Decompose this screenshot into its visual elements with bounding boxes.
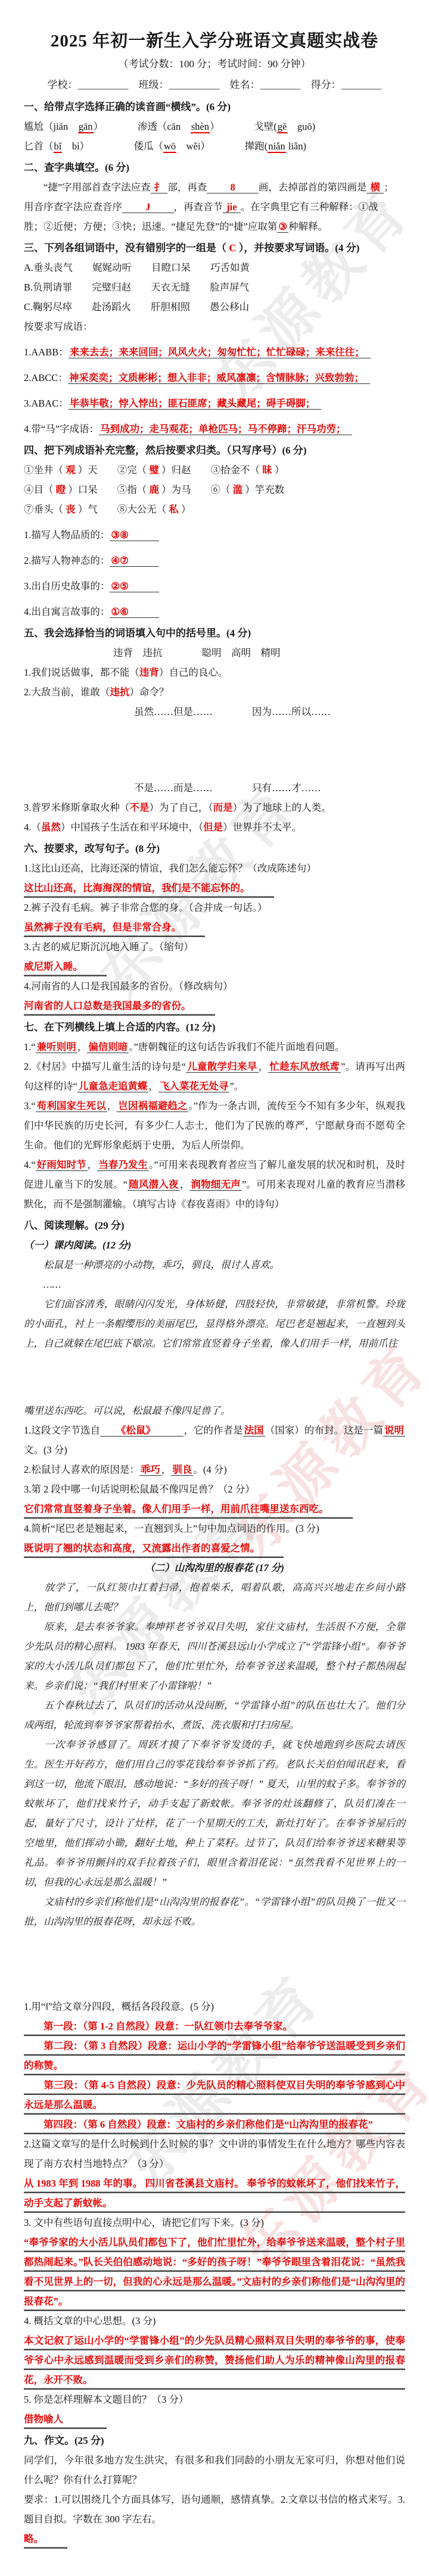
- reading-2-q2: 2.这篇文章写的是什么时候到什么时候的事？文中讲的事情发生在什么地方？哪些内容表…: [24, 2134, 405, 2174]
- rewrite-a4: 河南省的人口总数是我国最多的省份。: [24, 996, 215, 1016]
- passage-1-paragraph: 嘴里送东西吃。可以说，松鼠最不像四足兽了。: [24, 1401, 405, 1420]
- header: 2025 年初一新生入学分班语文真题实战卷 （考试分数：100 分；考试时间：9…: [24, 29, 405, 95]
- section-8-heading: 八、阅读理解。(29 分): [24, 1216, 405, 1235]
- reading-2-a1-seg3: 第三段：（第 4-5 自然段）段意：少先队员的精心照料使双目失明的奉爷爷感到心中…: [24, 2075, 405, 2115]
- conjunction-bank: 虽然……但是…… 因为……所以……: [24, 702, 405, 722]
- section-7-heading: 七、在下列横线上填上合适的内容。(12 分): [24, 1017, 405, 1037]
- reading-1-q3: 3.第 2 段中哪一句话说明松鼠最不像四足兽？（2 分）: [24, 1479, 405, 1499]
- reading-2-q4: 4. 概括文章的中心思想。(3 分): [24, 2311, 405, 2331]
- section-3-heading: 三、下列各组词语中，没有错别字的一组是（ C ），并按要求写词语。(4 分): [24, 238, 405, 258]
- passage-2-paragraph: 文庙村的乡亲们称他们是“山沟沟里的报春花”。“学雷锋小组”的队员换了一批又一批，…: [24, 1892, 405, 1931]
- option-c: C.鞠躬尽瘁 赴汤蹈火 肝胆相照 愚公移山: [24, 297, 405, 317]
- fill-blank-2: 2.《村居》中描写儿童生活的诗句是“儿童散学归来早，忙趁东风放纸鸢”。请再写出两…: [24, 1057, 405, 1096]
- rewrite-q4: 4.河南省的人口是我国最多的省份。（修改病句）: [24, 976, 405, 996]
- page-gap: [24, 1353, 405, 1401]
- rewrite-q2: 2.裤子没有毛病。裤子非常合您的身。（合并成一句话。）: [24, 898, 405, 917]
- composition-answer: 略。: [24, 2529, 67, 2549]
- reading-2-a5: 借物喻人: [24, 2409, 107, 2429]
- classify-history: 3.出自历史故事的：②⑤: [24, 576, 405, 596]
- reading-1-heading: （一）课内阅读。(12 分): [24, 1235, 405, 1255]
- option-a: A.垂头丧气 娓娓动听 目瞪口呆 巧舌如黄: [24, 258, 405, 277]
- passage-1-paragraph: 它们面容清秀，眼睛闪闪发光，身体矫健，四肢轻快，非常敏捷，非常机警。玲珑的小面孔…: [24, 1294, 405, 1353]
- dictionary-line: 用音序查字法应查音序 J ，再查音节 jie 。在字典里它有三种解释：①战: [24, 197, 405, 217]
- passage-2-paragraph: 一次奉爷爷感冒了。周跃才摸了下奉爷爷发烫的手，就飞快地跑到乡医院去请医生。医生开…: [24, 1735, 405, 1892]
- reading-1-a4: 既说明了翘的状态和高度，又流露出作者的喜爱之情。: [24, 1538, 284, 1558]
- reading-1-q2: 2.松鼠讨人喜欢的原因是：乖巧，驯良。(4 分): [24, 1460, 405, 1479]
- section-2-heading: 二、查字典填空。(6 分): [24, 158, 405, 177]
- fill-sentence-3: 3.普罗米修斯拿取火种（不是）为了自己，（而是）为了地球上的人类。: [24, 798, 405, 817]
- section-9-heading: 九、作文。(25 分): [24, 2431, 405, 2450]
- idiom-ma: 4.带“马”字成语：马到成功；走马观花；单枪匹马；马不停蹄；汗马功劳；: [24, 419, 405, 439]
- reading-2-a4: 本文记叙了运山小学的“学雷锋小组”的少先队员精心照料双目失明的奉爷爷的事，使奉爷…: [24, 2331, 405, 2390]
- passage-2-paragraph: 五个春秋过去了，队员们的活动从没间断，“学雷锋小组”的队伍也壮大了。他们分成两组…: [24, 1696, 405, 1735]
- fill-sentence-1: 1.我们说话做事，都不能（违背）自己的良心。: [24, 663, 405, 682]
- idiom-aabb: 1.AABB：来来去去；来来回回；风风火火；匆匆忙忙；忙忙碌碌；来来往往；: [24, 342, 405, 362]
- page-title: 2025 年初一新生入学分班语文真题实战卷: [24, 29, 405, 54]
- classify-expression: 2.描写人物神态的：④⑦: [24, 551, 405, 570]
- fill-sentence-2: 2.大敌当前，谁敢（违抗）命令？: [24, 682, 405, 702]
- section-4-complete-idioms: 四、把下列成语补充完整，然后按要求归类。（只写序号）(6 分) ①坐井（ 观 ）…: [24, 441, 405, 622]
- section-2-dictionary: 二、查字典填空。(6 分) “捷”字用部首查字法应查 扌 部，再查 8 画，去掉…: [24, 158, 405, 236]
- option-b: B.负荆请罪 完璧归赵 天衣无缝 脸声屏气: [24, 277, 405, 297]
- section-3-word-groups: 三、下列各组词语中，没有错别字的一组是（ C ），并按要求写词语。(4 分) A…: [24, 238, 405, 439]
- rewrite-q1: 1.这比山还高，比海还深的情谊，我们怎么能忘怀？（改成陈述句）: [24, 858, 405, 878]
- section-7-fill-blanks: 七、在下列横线上填上合适的内容。(12 分) 1.“兼听则明，偏信则暗。”唐朝魏…: [24, 1017, 405, 1214]
- section-1-heading: 一、给带点字选择正确的读音画“横线”。(6 分): [24, 97, 405, 117]
- word-bank: 违背 违抗 聪明 高明 精明: [24, 643, 405, 663]
- passage-1-paragraph: 松鼠是一种漂亮的小动物，乖巧，驯良，很讨人喜欢。: [24, 1255, 405, 1275]
- idiom-row: ④目（ 瞪 ）口呆 ⑤指（ 鹿 ）为马 ⑥（ 滥 ）竽充数: [24, 480, 405, 499]
- dictionary-line: 胜；②近便；方便；③快；迅速。“捷足先登”的“捷”应取第③种解释。: [24, 217, 405, 236]
- reading-2-a1-seg1: 第一段：（第 1-2 自然段）段意：一队红领巾去奉爷爷家。: [24, 2016, 405, 2036]
- pinyin-row: 匕首（bǐ bì） 倭瓜（wō wěi） 撵跑(niǎn liǎn): [24, 136, 405, 156]
- idiom-prompt: 按要求写成语：: [24, 317, 405, 336]
- section-8-reading: 八、阅读理解。(29 分) （一）课内阅读。(12 分) 松鼠是一种漂亮的小动物…: [24, 1216, 405, 2429]
- exam-sheet: 东源教育 东源教育 东源教育 东源教育 东源教育 东源教育 2025 年初一新生…: [0, 0, 429, 2576]
- classify-quality: 1.描写人物品质的：③⑧: [24, 525, 405, 545]
- fill-blank-4: 4.“好雨知时节，当春乃发生。”可用来表现教育者应当了解儿童发展的状况和时机，及…: [24, 1155, 405, 1214]
- section-1-pinyin: 一、给带点字选择正确的读音画“横线”。(6 分) 尴尬（jiān gān） 渗透…: [24, 97, 405, 156]
- rewrite-a1: 这比山还高，比海海深的情谊，我们是不能忘怀的。: [24, 878, 274, 898]
- student-info-blanks: 学校：＿＿＿＿＿ 班级：＿＿＿＿＿ 姓名：＿＿＿＿ 得分：＿＿＿＿: [24, 75, 405, 95]
- idiom-row: ①坐井（ 观 ）天 ②完（ 璧 ）归赵 ③拾金不（ 昧 ）: [24, 460, 405, 480]
- section-5-fill-words: 五、我会选择恰当的词语填入句中的括号里。(4 分) 违背 违抗 聪明 高明 精明…: [24, 623, 405, 837]
- dictionary-line: “捷”字用部首查字法应查 扌 部，再查 8 画，去掉部首的第四画是 横 ；: [24, 177, 405, 197]
- passage-2-paragraph: 原来，是去奉爷爷家。奉坤祥老爷爷双目失明，家住文庙村，生活很不方便，全靠少先队员…: [24, 1617, 405, 1696]
- rewrite-a3: 威尼斯入睡。: [24, 957, 107, 976]
- page-gap: [24, 722, 405, 778]
- section-4-heading: 四、把下列成语补充完整，然后按要求归类。（只写序号）(6 分): [24, 441, 405, 460]
- fill-sentence-4: 4.（虽然）中国孩子生活在和平环境中，（但是）世界并不太平。: [24, 817, 405, 837]
- passage-2-paragraph: 放学了，一队红领巾扛着扫帚，抱着柴禾，唱着队歌，高高兴兴地走在乡间小路上，他们到…: [24, 1578, 405, 1617]
- section-9-composition: 九、作文。(25 分) 同学们，今年很多地方发生洪灾，有很多和我们同龄的小朋友无…: [24, 2431, 405, 2549]
- idiom-row: ⑦垂头（ 丧 ）气 ⑧大公无（ 私 ）: [24, 499, 405, 519]
- reading-2-heading: （二）山沟沟里的报春花 (17 分): [24, 1558, 405, 1578]
- reading-2-a2: 从 1983 年到 1988 年的事。 四川省苍溪县文庙村。 奉爷爷的蚊帐坏了，…: [24, 2174, 405, 2213]
- pinyin-row: 尴尬（jiān gān） 渗透（cān shèn） 戈壁(gē guō): [24, 117, 405, 136]
- exam-meta: （考试分数：100 分；考试时间：90 分钟）: [24, 54, 405, 75]
- fill-blank-3: 3.“苟利国家生死以，岂因祸福避趋之。”作为一条古训，流传至今不知有多少年，纵观…: [24, 1096, 405, 1155]
- composition-prompt: 同学们，今年很多地方发生洪灾，有很多和我们同龄的小朋友无家可归，你想对他们说什么…: [24, 2450, 405, 2490]
- passage-1-ellipsis: ……: [24, 1275, 405, 1294]
- section-6-heading: 六、按要求，改写句子。(8 分): [24, 839, 405, 858]
- page-gap: [24, 1931, 405, 1997]
- section-6-rewrite: 六、按要求，改写句子。(8 分) 1.这比山还高，比海还深的情谊，我们怎么能忘怀…: [24, 839, 405, 1016]
- section-5-heading: 五、我会选择恰当的词语填入句中的括号里。(4 分): [24, 623, 405, 643]
- reading-1-q1: 1.这段文字节选自 《松鼠》 ，它的作者是法国（国家）的布封。这是一篇说明文。(…: [24, 1420, 405, 1460]
- fill-blank-1: 1.“兼听则明，偏信则暗。”唐朝魏征的这句话告诉我们不能片面地看问题。: [24, 1037, 405, 1057]
- reading-1-q4: 4.简析“尾巴老是翘起来，一直翘到头上”句中加点词语的作用。(3 分): [24, 1519, 405, 1538]
- reading-2-q5: 5. 你是怎样理解本文题目的？（3 分）: [24, 2390, 405, 2409]
- conjunction-bank: 不是……而是…… 只有……才……: [24, 778, 405, 798]
- rewrite-q3: 3.古老的威尼斯沉沉地入睡了。（缩句）: [24, 937, 405, 957]
- reading-2-q3: 3. 文中有些语句直接点明中心，请把它们写下来。(3 分): [24, 2213, 405, 2232]
- rewrite-a2: 虽然裤子没有毛病，但是非常合身。: [24, 917, 205, 937]
- reading-1-a3: 它们常常直竖着身子坐着。像人们用手一样，用前爪往嘴里送东西吃。: [24, 1499, 353, 1519]
- reading-2-a1-seg4: 第四段：（第 6 自然段）段意：文庙村的乡亲们称他们是“山沟沟里的报春花”: [24, 2115, 405, 2134]
- idiom-abac: 3.ABAC：毕恭毕敬；悖入悖出；匪石匪席；藏头藏尾；碍手碍脚；: [24, 394, 405, 413]
- reading-2-a1-seg2: 第二段：（第 3 自然段）段意：运山小学的“学雷锋小组”给奉爷爷送温暖受到乡亲们…: [24, 2036, 405, 2075]
- idiom-abcc: 2.ABCC：神采奕奕；文质彬彬；想入非非；威风凛凛；含情脉脉；兴致勃勃；: [24, 368, 405, 388]
- reading-2-a3: “奉爷爷家的大小活儿队员们都包下了，他们忙里忙外，给奉爷爷送来温暖，整个村子里都…: [24, 2232, 405, 2311]
- classify-fable: 4.出自寓言故事的：①⑥: [24, 602, 405, 622]
- composition-requirements: 要求：1.可以围绕几个方面具体写，语句通顺，感情真挚。2.文章以书信的格式来写。…: [24, 2490, 405, 2529]
- reading-2-q1: 1.用“‖”给文章分四段，概括各段段意。(5 分): [24, 1997, 405, 2016]
